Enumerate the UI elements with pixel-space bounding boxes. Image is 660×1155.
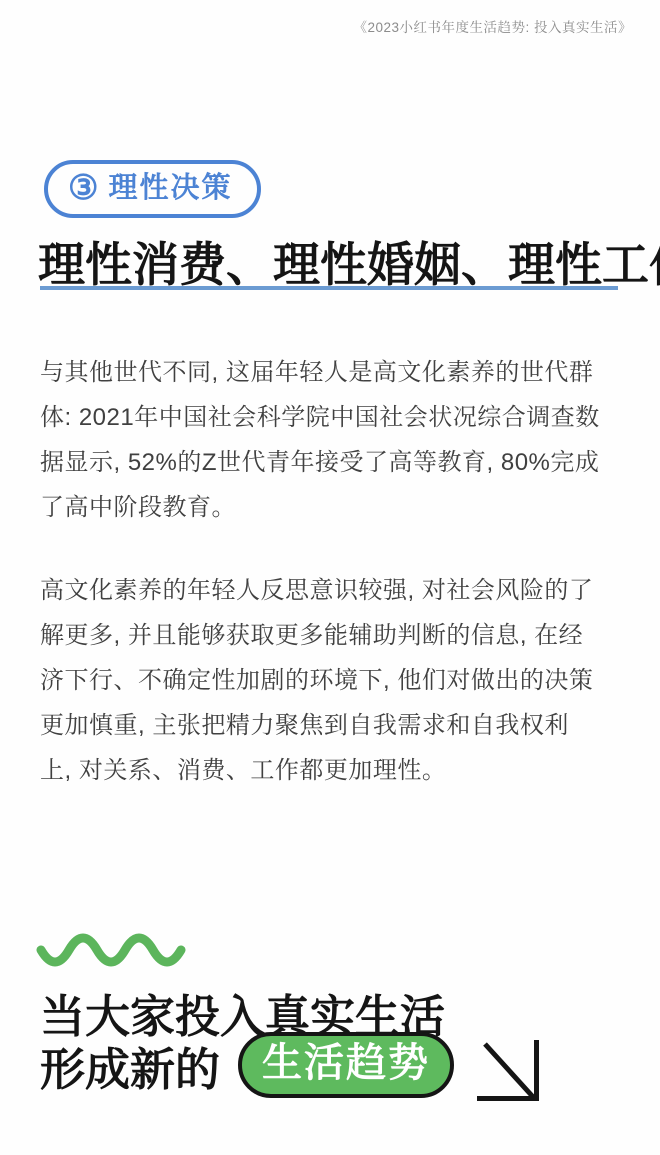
arrow-down-right-icon: [474, 1034, 544, 1104]
footer-headline-prefix: 形成新的: [40, 1033, 220, 1098]
life-trend-pill: 生活趋势: [238, 1032, 454, 1098]
footer-headline-line2: 形成新的 生活趋势: [40, 1030, 544, 1100]
section-number: ③: [68, 171, 98, 205]
page-title: 理性消费、理性婚姻、理性工作: [38, 228, 628, 295]
source-title: 《2023小红书年度生活趋势: 投入真实生活》: [353, 16, 632, 36]
paragraph-1: 与其他世代不同, 这届年轻人是高文化素养的世代群 体: 2021年中国社会科学院…: [40, 350, 615, 530]
wavy-line-icon: [36, 928, 188, 976]
paragraph-2-line: 高文化素养的年轻人反思意识较强, 对社会风险的了: [40, 568, 615, 613]
paragraph-1-line: 与其他世代不同, 这届年轻人是高文化素养的世代群: [40, 350, 615, 395]
paragraph-2-line: 上, 对关系、消费、工作都更加理性。: [40, 748, 615, 793]
paragraph-2-line: 解更多, 并且能够获取更多能辅助判断的信息, 在经: [40, 613, 615, 658]
title-underline: [40, 286, 618, 290]
paragraph-2-line: 济下行、不确定性加剧的环境下, 他们对做出的决策: [40, 658, 615, 703]
section-badge-label: 理性决策: [108, 174, 232, 203]
paragraph-1-line: 据显示, 52%的Z世代青年接受了高等教育, 80%完成: [40, 440, 615, 485]
section-badge: ③ 理性决策: [44, 160, 261, 218]
report-page: 《2023小红书年度生活趋势: 投入真实生活》 ③ 理性决策 理性消费、理性婚姻…: [0, 0, 660, 1155]
paragraph-1-line: 了高中阶段教育。: [40, 485, 615, 530]
paragraph-2-line: 更加慎重, 主张把精力聚焦到自我需求和自我权利: [40, 703, 615, 748]
paragraph-2: 高文化素养的年轻人反思意识较强, 对社会风险的了 解更多, 并且能够获取更多能辅…: [40, 568, 615, 793]
paragraph-1-line: 体: 2021年中国社会科学院中国社会状况综合调查数: [40, 395, 615, 440]
